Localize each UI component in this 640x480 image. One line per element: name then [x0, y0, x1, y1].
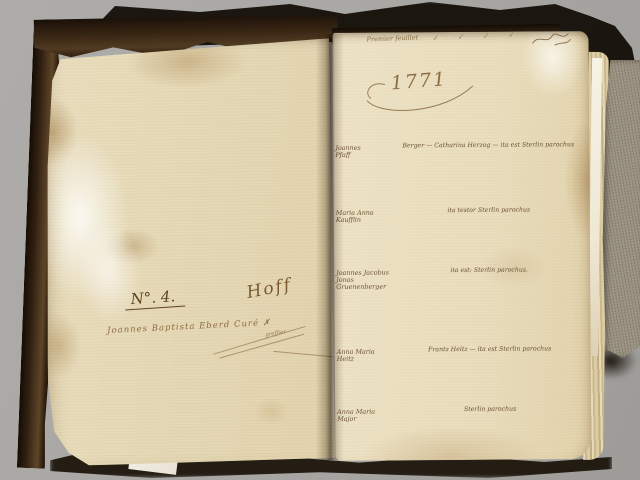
manuscript-line: avons coté et vérifié le présent Registr… [67, 67, 232, 72]
manuscript-line: le jour, mois et an que dessus. [103, 67, 226, 72]
manuscript-line: feuillets, y compris le premier et derni… [60, 67, 228, 72]
margin-name: Anna Maria Heitz [337, 348, 393, 362]
left-page: Aujourd'huy 17. Janvier 1788. NousJean G… [43, 34, 335, 466]
record-signature: ita testor Sterlin parochus [394, 206, 584, 214]
record-signature: ita est: Sterlin parochus. [394, 266, 584, 274]
record-signature: Sterlin parochus [395, 405, 585, 413]
verification-check-marks: ✓ ✓ ✓ ✓ [432, 30, 515, 42]
record-signature: Berger — Catharina Herzog — ita est Ster… [393, 141, 583, 149]
baptism-record-entry: Joannes Jacobus Jonas Gruenenberger Anno… [334, 265, 588, 275]
pen-scribble [213, 326, 305, 355]
margin-name: Joannes Jacobus Jonas Gruenenberger [336, 269, 392, 290]
baptism-record-entry: Joannes Pfaff Anno Millesimo Septingente… [333, 140, 587, 150]
manuscript-line: dont le premier acte est du 7. février [72, 67, 222, 72]
manuscript-line: Diocèse de Bâle, Chapitre outre la colli… [60, 67, 232, 72]
first-folio-note: Premier feuillet [366, 33, 418, 43]
right-page: Premier feuillet ✓ ✓ ✓ ✓ 1771 Joannes Pf… [333, 31, 592, 461]
manuscript-line: nous, conformément à l'article XXXVI. de… [72, 66, 249, 72]
manuscript-line: Fait à Bartenheim côté de Landserberg [103, 66, 262, 72]
manuscript-line: Registre contient quatre cent soixante t… [67, 66, 244, 72]
priest-signature: Joannes Baptista Eberd Curé ✗ [107, 318, 271, 336]
left-page-text-block: Aujourd'huy 17. Janvier 1788. NousJean G… [60, 64, 314, 72]
baptism-record-entry: Anna Maria Heitz Anno Millesimo Septinge… [335, 344, 589, 354]
corner-flourish [528, 27, 572, 49]
manuscript-line: Aujourd'huy 17. Janvier 1788. Nous [72, 67, 227, 72]
baptism-record-entry: Anna Maria Major Anno Millesimo Septem. … [335, 404, 589, 414]
manuscript-line: de Bartenheim côté de Landserberg, en ve… [60, 66, 245, 72]
judge-signature: Hoff [245, 275, 294, 303]
manuscript-line: 1771 et le dernier du 16. avril 1786. le… [60, 67, 235, 72]
manuscript-line: au Conseil qui fut dite le 22. 9bre. en … [60, 66, 248, 72]
manuscript-line: Jean George Hoff, Bailli et Lieutenant d… [60, 67, 235, 73]
pen-scribble [273, 351, 343, 358]
manuscript-line: 1787, et à la requête de Me. Jean-Baptis… [67, 66, 239, 72]
manuscript-line: de l'arrêt du Conseil Souverain d'Alsace… [72, 65, 283, 72]
linen-fabric-backing [602, 60, 640, 358]
register-number-label: N°. 4. [124, 286, 186, 310]
manuscript-line: Eberard et notre Greffier juré ces deux … [67, 65, 277, 72]
pen-scribble [219, 334, 304, 359]
baptism-record-entry: Maria Anna Kaufflin Anno Millesimo Septi… [334, 205, 588, 215]
manuscript-line: déclaration du Roi du 21. 8bre. 1787 enr… [60, 66, 259, 72]
record-signature: Frantz Heitz — ita est Sterlin parochus [395, 345, 585, 353]
manuscript-line: Eberard, Curé de la Paroisse dudit Barte… [60, 66, 253, 72]
archival-photo-of-parish-register: Aujourd'huy 17. Janvier 1788. NousJean G… [0, 0, 640, 480]
year-flourish [351, 72, 491, 117]
margin-name: Joannes Pfaff [335, 144, 391, 158]
margin-name: Maria Anna Kaufflin [336, 209, 392, 223]
manuscript-line: en foi de quoi nous avons signé avec led… [72, 66, 259, 72]
manuscript-line: paraphure en icelle faite. [60, 69, 163, 72]
manuscript-line: Noblesse, Juge Commis de la Seigneurie [67, 67, 231, 72]
margin-name: Anna Maria Major [337, 408, 393, 422]
